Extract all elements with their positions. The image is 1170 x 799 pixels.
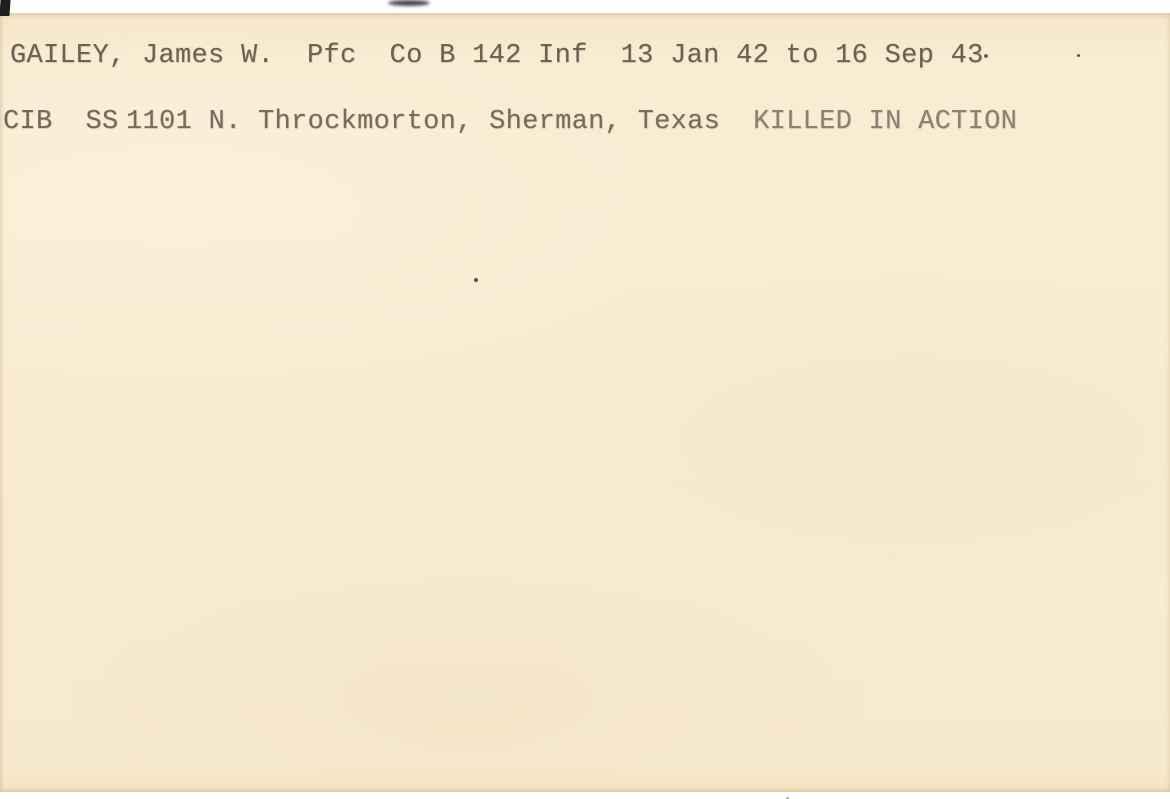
ink-speck xyxy=(474,278,478,282)
smudge-mark xyxy=(388,0,430,6)
scan-corner-artifact xyxy=(0,0,11,16)
address-text: 1101 N. Throckmorton, Sherman, Texas xyxy=(126,107,720,137)
typed-line-service-record: GAILEY, James W. Pfc Co B 142 Inf 13 Jan… xyxy=(10,40,984,73)
decorations-text: CIB SS xyxy=(3,106,119,139)
ink-speck xyxy=(984,54,988,58)
casualty-status-text: KILLED IN ACTION xyxy=(753,107,1017,137)
ink-speck xyxy=(1077,54,1080,57)
scanned-page: GAILEY, James W. Pfc Co B 142 Inf 13 Jan… xyxy=(0,0,1170,799)
typed-line-address-status: 1101 N. Throckmorton, Sherman, TexasKILL… xyxy=(27,73,1017,172)
index-card: GAILEY, James W. Pfc Co B 142 Inf 13 Jan… xyxy=(0,13,1170,792)
